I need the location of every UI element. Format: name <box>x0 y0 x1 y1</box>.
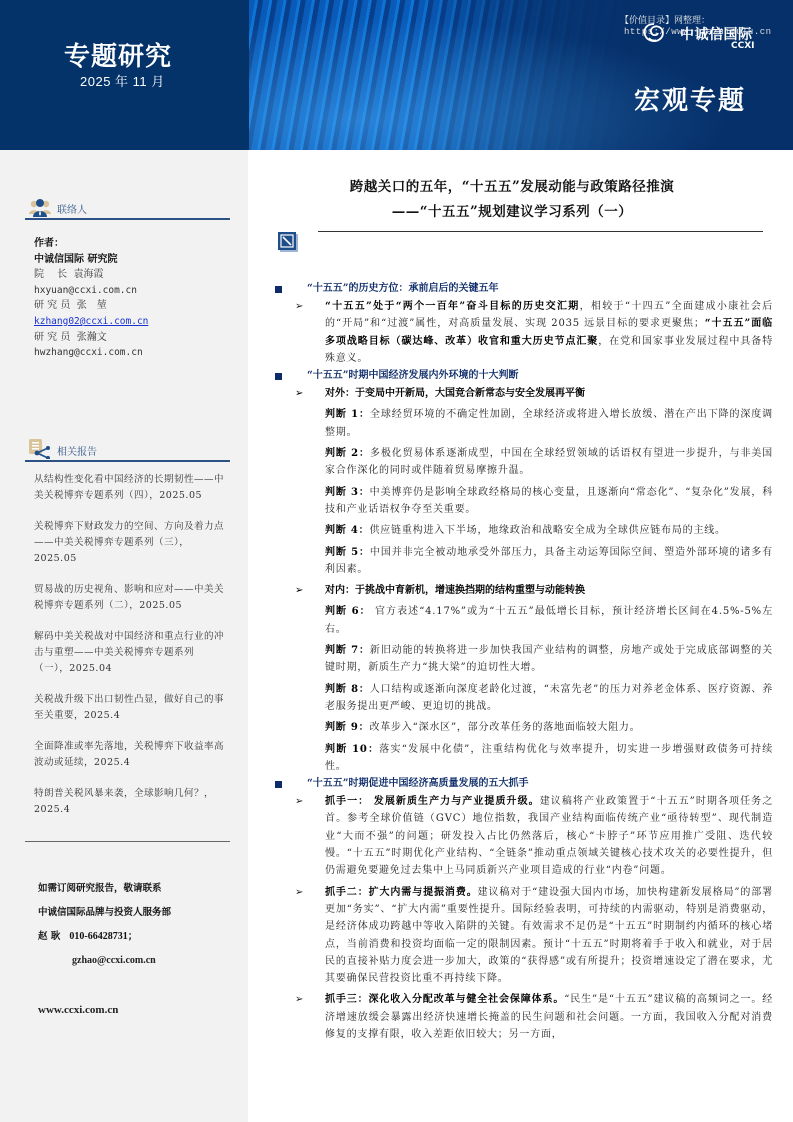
judgment-4: 判断 4：供应链重构进入下半场，地缘政治和战略安全成为全球供应链布局的主线。 <box>273 522 773 539</box>
subscribe-line: 如需订阅研究报告，敬请联系 <box>38 877 171 901</box>
judgment-10: 判断 10：落实“发展中化债”，注重结构优化与效率提升，切实进一步增强财政债务可… <box>273 741 773 776</box>
report-type-title: 专题研究 <box>64 36 172 73</box>
subscribe-department: 中诚信国际品牌与投资人服务部 <box>38 901 171 925</box>
arrow-bullet-icon: ➢ <box>295 793 304 810</box>
judgment-6: 判断 6： 官方表述“4.17%”或为“十五五”最低增长目标，预计经济增长区间在… <box>273 603 773 638</box>
contact-role: 院 长 <box>34 269 67 280</box>
header-background-art <box>249 0 793 150</box>
author-contacts: 作者： 中诚信国际 研究院 院 长 袁海霞 hxyuan@ccxi.com.cn… <box>34 236 148 361</box>
contact-role: 研 究 员 <box>34 332 70 343</box>
arrow-bullet-icon: ➢ <box>295 582 303 599</box>
summary-content: “十五五”的历史方位：承前启后的关键五年 ➢ “十五五”处于“两个一百年”奋斗目… <box>273 280 773 1043</box>
subscription-contact: 如需订阅研究报告，敬请联系 中诚信国际品牌与投资人服务部 赵 耿 010-664… <box>38 877 171 973</box>
contact-name: 袁海霞 <box>74 269 104 280</box>
related-report-item[interactable]: 贸易战的历史视角、影响和应对——中美关税博弈专题系列（二），2025.05 <box>34 582 226 614</box>
section-heading: “十五五”时期中国经济发展内外环境的十大判断 <box>273 367 773 385</box>
summary-document-icon <box>278 232 298 252</box>
logo-english-name: CCXI <box>731 41 755 51</box>
related-report-item[interactable]: 从结构性变化看中国经济的长期韧性——中美关税博弈专题系列（四），2025.05 <box>34 472 226 504</box>
author-org: 中诚信国际 研究院 <box>34 252 148 268</box>
contacts-section-header: 联络人 <box>25 198 230 220</box>
author-label: 作者： <box>34 236 148 252</box>
contact-email: hwzhang@ccxi.com.cn <box>34 345 148 361</box>
contact-person: 研 究 员 张 堃 <box>34 298 148 314</box>
report-category: 宏观专题 <box>634 80 746 117</box>
related-reports-icon <box>29 439 51 459</box>
cover-header: 专题研究 2025 年 11 月 【价值目录】网整理： https://www.… <box>0 0 793 150</box>
subscribe-contact-name: 赵 耿 <box>38 931 60 942</box>
arrow-bullet-icon: ➢ <box>295 298 304 315</box>
internal-subheading: ➢ 对内：于挑战中育新机，增速换挡期的结构重塑与动能转换 <box>273 582 773 599</box>
contact-person: 研 究 员 张瀚文 <box>34 330 148 346</box>
judgment-1: 判断 1：全球经贸环境的不确定性加剧，全球经济或将进入增长放缓、潜在产出下降的深… <box>273 406 773 441</box>
contacts-people-icon <box>29 197 51 217</box>
document-title: 跨越关口的五年，“十五五”发展动能与政策路径推演 ——“十五五”规划建议学习系列… <box>262 175 762 225</box>
ccxi-logo-icon <box>641 22 667 44</box>
judgment-8: 判断 8：人口结构或逐渐向深度老龄化过渡，“未富先老”的压力对养老金体系、医疗资… <box>273 681 773 716</box>
judgment-3: 判断 3：中美博弈仍是影响全球政经格局的核心变量，且逐渐向“常态化”、“复杂化”… <box>273 484 773 519</box>
related-reports-section-header: 相关报告 <box>25 440 230 462</box>
lever-2: ➢ 抓手二：扩大内需与提振消费。建议稿对于“建设强大国内市场，加快构建新发展格局… <box>273 884 773 988</box>
sidebar-divider <box>25 841 230 842</box>
subscribe-phone: 010-66428731； <box>69 931 137 942</box>
contact-email-link[interactable]: kzhang02@ccxi.com.cn <box>34 314 148 330</box>
contact-name: 张瀚文 <box>77 332 107 343</box>
square-bullet-icon <box>275 286 282 293</box>
arrow-bullet-icon: ➢ <box>295 385 303 402</box>
title-line-2: ——“十五五”规划建议学习系列（一） <box>262 200 762 225</box>
subscribe-email: gzhao@ccxi.com.cn <box>38 949 171 973</box>
judgment-2: 判断 2：多极化贸易体系逐渐成型，中国在全球经贸领域的话语权有望进一步提升，与非… <box>273 445 773 480</box>
title-line-1: 跨越关口的五年，“十五五”发展动能与政策路径推演 <box>262 175 762 200</box>
related-report-item[interactable]: 全面降准或率先落地，关税博弈下收益率高波动或延续，2025.4 <box>34 739 226 771</box>
judgment-9: 判断 9：改革步入“深水区”，部分改革任务的落地面临较大阻力。 <box>273 719 773 736</box>
square-bullet-icon <box>275 373 282 380</box>
contacts-heading: 联络人 <box>57 201 87 216</box>
judgment-7: 判断 7：新旧动能的转换将进一步加快我国产业结构的调整，房地产或处于完成底部调整… <box>273 642 773 677</box>
section-heading: “十五五”时期促进中国经济高质量发展的五大抓手 <box>273 775 773 793</box>
website-link[interactable]: www.ccxi.com.cn <box>38 1004 118 1016</box>
external-subheading: ➢ 对外：于变局中开新局，大国竞合新常态与安全发展再平衡 <box>273 385 773 402</box>
square-bullet-icon <box>275 781 282 788</box>
lever-1: ➢ 抓手一： 发展新质生产力与产业提质升级。建议稿将产业政策置于“十五五”时期各… <box>273 793 773 879</box>
contact-name: 张 堃 <box>77 300 107 311</box>
report-date: 2025 年 11 月 <box>80 71 165 90</box>
contact-email: hxyuan@ccxi.com.cn <box>34 283 148 299</box>
related-report-item[interactable]: 关税博弈下财政发力的空间、方向及着力点——中美关税博弈专题系列（三），2025.… <box>34 519 226 567</box>
arrow-bullet-icon: ➢ <box>295 884 304 901</box>
judgment-5: 判断 5：中国并非完全被动地承受外部压力，具备主动运筹国际空间、塑造外部环境的诸… <box>273 544 773 579</box>
arrow-bullet-icon: ➢ <box>295 991 304 1008</box>
related-reports-list: 从结构性变化看中国经济的长期韧性——中美关税博弈专题系列（四），2025.05 … <box>34 472 226 833</box>
bullet-paragraph: ➢ “十五五”处于“两个一百年”奋斗目标的历史交汇期，相较于“十四五”全面建成小… <box>273 298 773 367</box>
title-rule <box>318 231 763 232</box>
related-report-item[interactable]: 关税战升级下出口韧性凸显，做好自己的事至关重要，2025.4 <box>34 692 226 724</box>
related-report-item[interactable]: 特朗普关税风暴来袭，全球影响几何？，2025.4 <box>34 786 226 818</box>
contact-role: 研 究 员 <box>34 300 70 311</box>
lever-3: ➢ 抓手三：深化收入分配改革与健全社会保障体系。“民生”是“十五五”建议稿的高频… <box>273 991 773 1043</box>
related-reports-heading: 相关报告 <box>57 443 97 458</box>
section-heading: “十五五”的历史方位：承前启后的关键五年 <box>273 280 773 298</box>
contact-person: 院 长 袁海霞 <box>34 267 148 283</box>
related-report-item[interactable]: 解码中美关税战对中国经济和重点行业的冲击与重塑——中美关税博弈专题系列（一），2… <box>34 629 226 677</box>
